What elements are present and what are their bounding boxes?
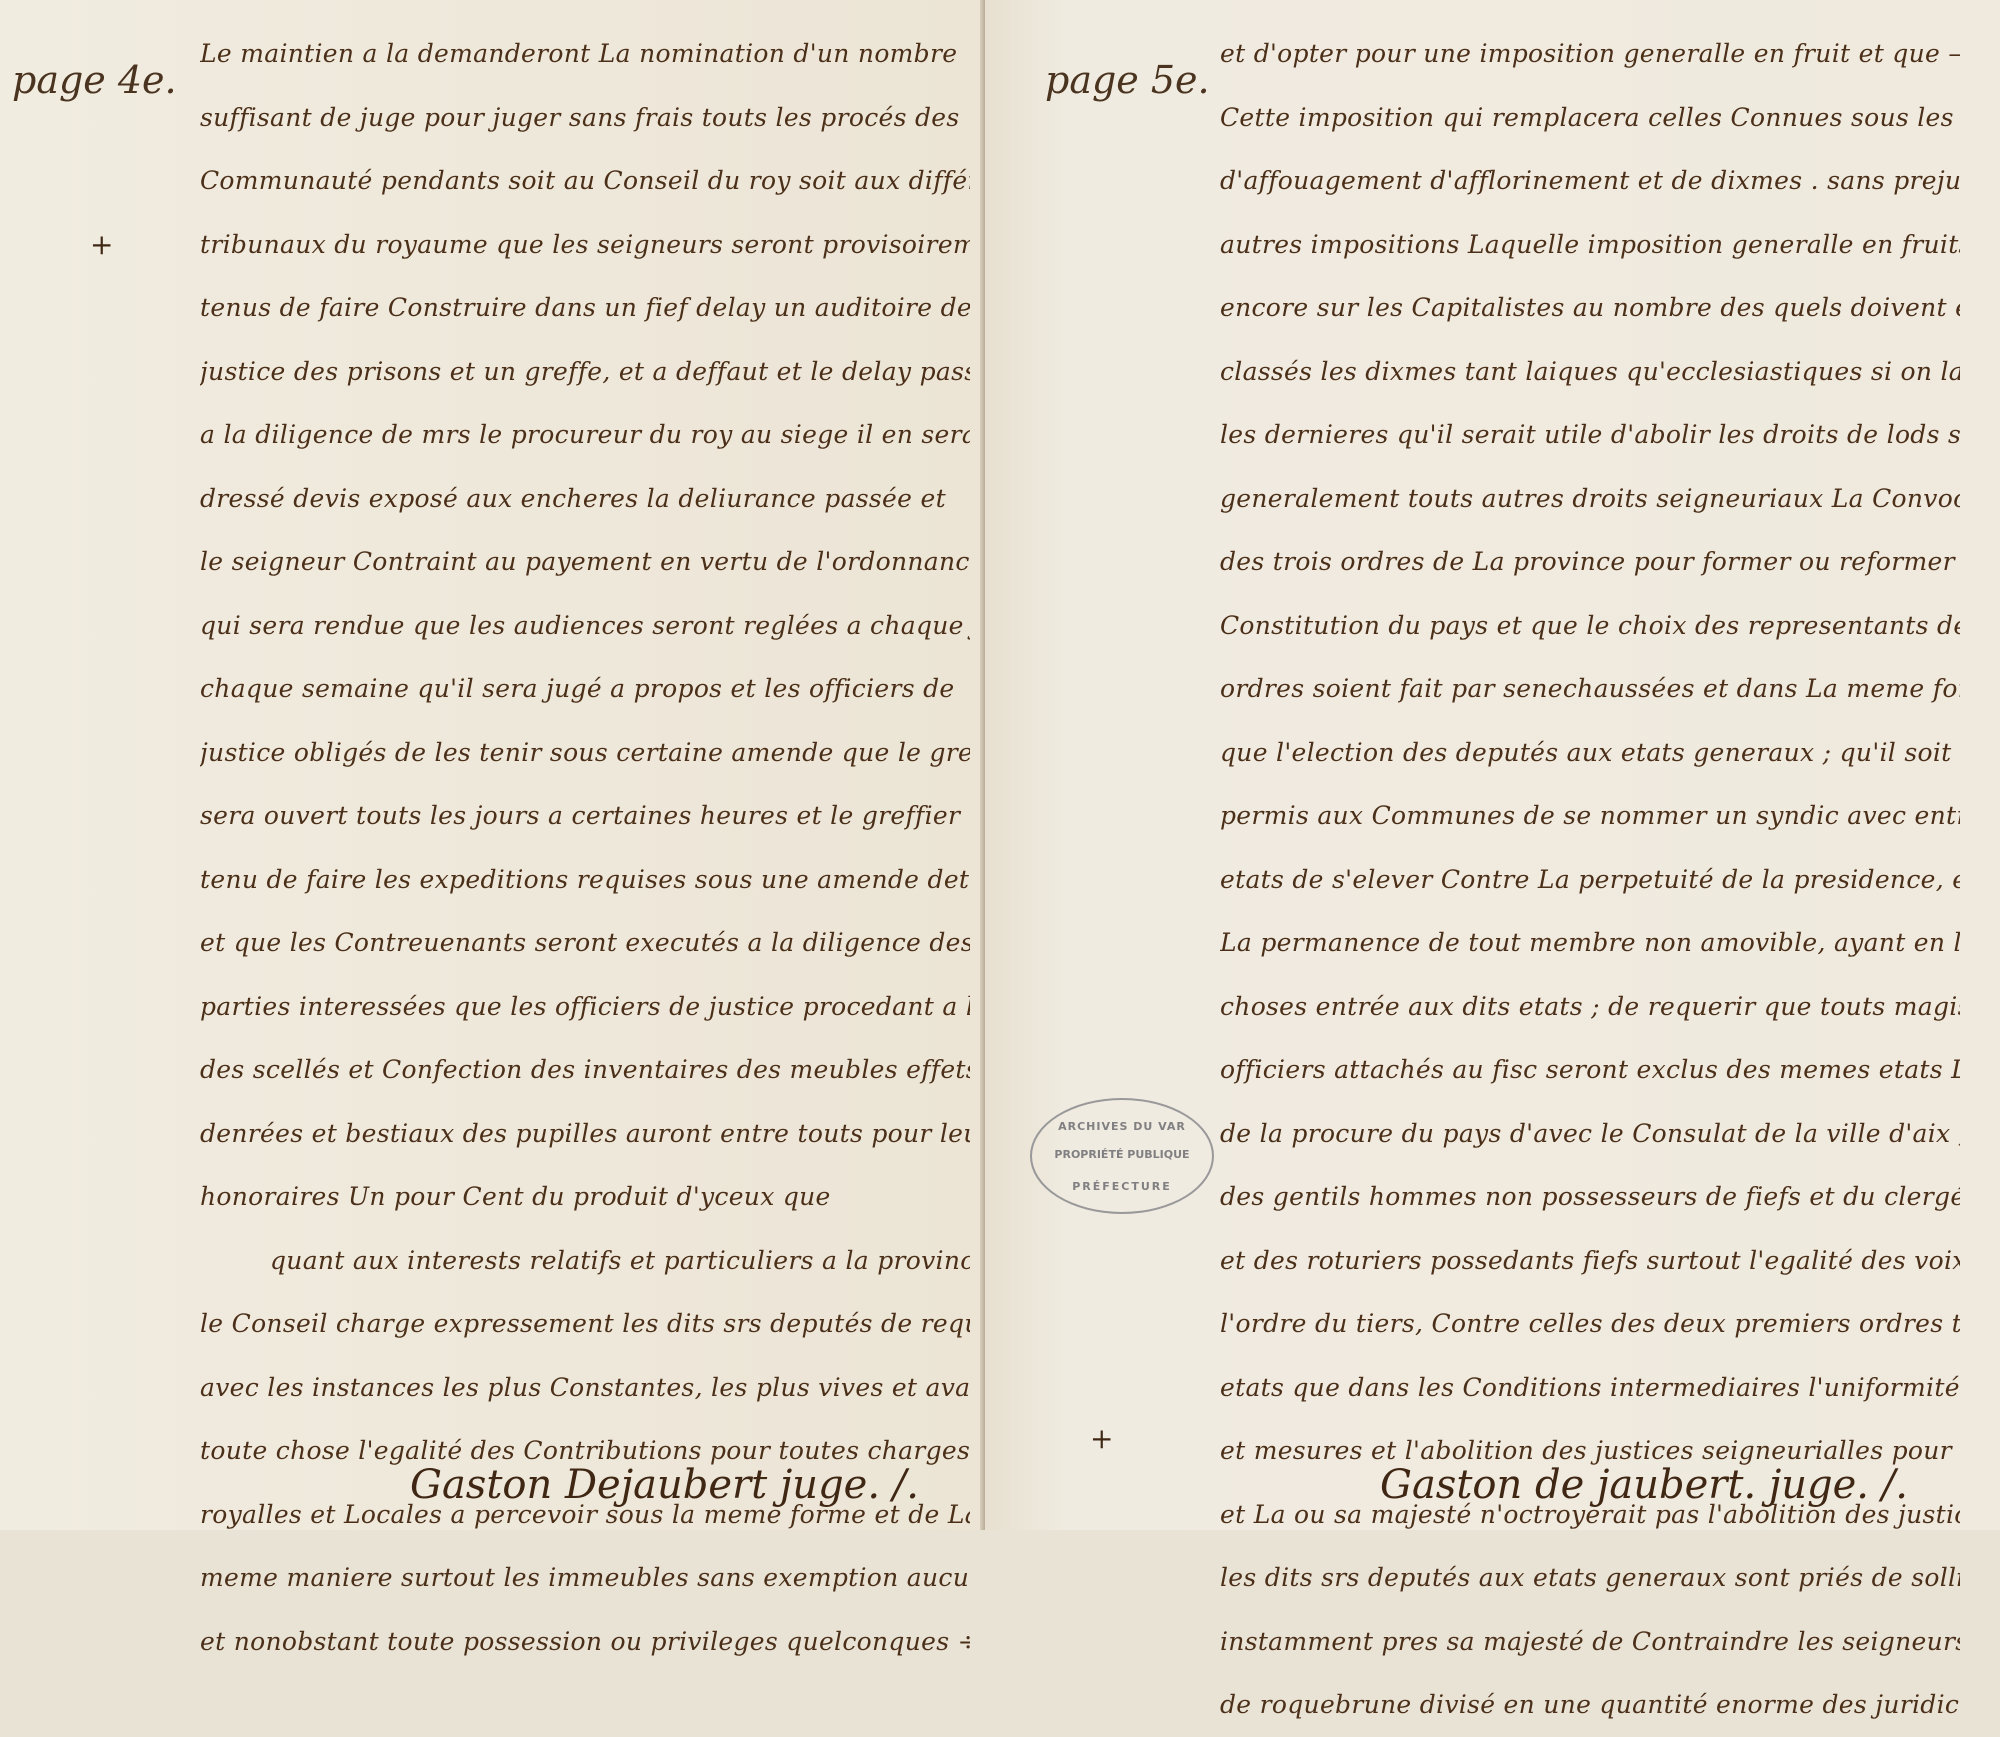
manuscript-line: les dernieres qu'il serait utile d'aboli… — [1220, 403, 1960, 467]
manuscript-line: chaque semaine qu'il sera jugé a propos … — [200, 657, 970, 721]
manuscript-line: de la procure du pays d'avec le Consulat… — [1220, 1102, 1960, 1166]
left-page-text: Le maintien a la demanderont La nominati… — [200, 22, 970, 1530]
manuscript-line: dressé devis exposé aux encheres la deli… — [200, 467, 970, 531]
manuscript-line: a la diligence de mrs le procureur du ro… — [200, 403, 970, 467]
manuscript-line: autres impositions Laquelle imposition g… — [1220, 213, 1960, 277]
right-page-text: et d'opter pour une imposition generalle… — [1220, 22, 1960, 1530]
manuscript-line: et que les Contreuenants seront executés… — [200, 911, 970, 975]
manuscript-spread: page 4e. + Le maintien a la demanderont … — [0, 0, 2000, 1530]
manuscript-line: Le maintien a la demanderont La nominati… — [200, 22, 970, 86]
manuscript-line: Cette imposition qui remplacera celles C… — [1220, 86, 1960, 150]
manuscript-line: des trois ordres de La province pour for… — [1220, 530, 1960, 594]
right-page: page 5e. + et d'opter pour une impositio… — [985, 0, 2000, 1530]
manuscript-line: etats de s'elever Contre La perpetuité d… — [1220, 848, 1960, 912]
manuscript-line: tenus de faire Construire dans un fief d… — [200, 276, 970, 340]
stamp-line: PROPRIÉTÉ PUBLIQUE — [1032, 1148, 1212, 1161]
manuscript-line: encore sur les Capitalistes au nombre de… — [1220, 276, 1960, 340]
manuscript-line: d'affouagement d'afflorinement et de dix… — [1220, 149, 1960, 213]
manuscript-line: choses entrée aux dits etats ; de requer… — [1220, 975, 1960, 1039]
margin-cross-mark-icon: + — [1090, 1422, 1113, 1455]
stamp-line: ARCHIVES DU VAR — [1032, 1120, 1212, 1133]
stamp-line: PRÉFECTURE — [1032, 1180, 1212, 1193]
manuscript-line: permis aux Communes de se nommer un synd… — [1220, 784, 1960, 848]
manuscript-line: officiers attachés au fisc seront exclus… — [1220, 1038, 1960, 1102]
left-page: page 4e. + Le maintien a la demanderont … — [0, 0, 985, 1530]
manuscript-line: generalement touts autres droits seigneu… — [1220, 467, 1960, 531]
manuscript-line: denrées et bestiaux des pupilles auront … — [200, 1102, 970, 1166]
manuscript-line: Constitution du pays et que le choix des… — [1220, 594, 1960, 658]
manuscript-line: sera ouvert touts les jours a certaines … — [200, 784, 970, 848]
manuscript-line: le Conseil charge expressement les dits … — [200, 1292, 970, 1356]
archive-stamp: ARCHIVES DU VAR PROPRIÉTÉ PUBLIQUE PRÉFE… — [1030, 1098, 1214, 1214]
signature-right: Gaston de jaubert. juge. /. — [1380, 1462, 1908, 1508]
manuscript-line: et d'opter pour une imposition generalle… — [1220, 22, 1960, 86]
signature-left: Gaston Dejaubert juge. /. — [410, 1462, 919, 1508]
manuscript-line: justice des prisons et un greffe, et a d… — [200, 340, 970, 404]
manuscript-line: tribunaux du royaume que les seigneurs s… — [200, 213, 970, 277]
page-label-right: page 5e. — [1045, 58, 1210, 102]
manuscript-line: suffisant de juge pour juger sans frais … — [200, 86, 970, 150]
manuscript-line: honoraires Un pour Cent du produit d'yce… — [200, 1165, 970, 1229]
manuscript-line: classés les dixmes tant laiques qu'eccle… — [1220, 340, 1960, 404]
manuscript-line: parties interessées que les officiers de… — [200, 975, 970, 1039]
manuscript-line: tenu de faire les expeditions requises s… — [200, 848, 970, 912]
manuscript-line: des scellés et Confection des inventaire… — [200, 1038, 970, 1102]
manuscript-line: quant aux interests relatifs et particul… — [200, 1229, 970, 1293]
manuscript-line: Communauté pendants soit au Conseil du r… — [200, 149, 970, 213]
manuscript-line: ordres soient fait par senechaussées et … — [1220, 657, 1960, 721]
manuscript-line: qui sera rendue que les audiences seront… — [200, 594, 970, 658]
page-label-left: page 4e. — [12, 58, 177, 102]
manuscript-line: avec les instances les plus Constantes, … — [200, 1356, 970, 1420]
manuscript-line: justice obligés de les tenir sous certai… — [200, 721, 970, 785]
manuscript-line: etats que dans les Conditions intermedia… — [1220, 1356, 1960, 1420]
manuscript-line: des gentils hommes non possesseurs de fi… — [1220, 1165, 1960, 1229]
manuscript-line: La permanence de tout membre non amovibl… — [1220, 911, 1960, 975]
margin-cross-mark-icon: + — [90, 228, 113, 261]
manuscript-line: que l'election des deputés aux etats gen… — [1220, 721, 1960, 785]
manuscript-line: l'ordre du tiers, Contre celles des deux… — [1220, 1292, 1960, 1356]
manuscript-line: le seigneur Contraint au payement en ver… — [200, 530, 970, 594]
manuscript-line: et des roturiers possedants fiefs surtou… — [1220, 1229, 1960, 1293]
